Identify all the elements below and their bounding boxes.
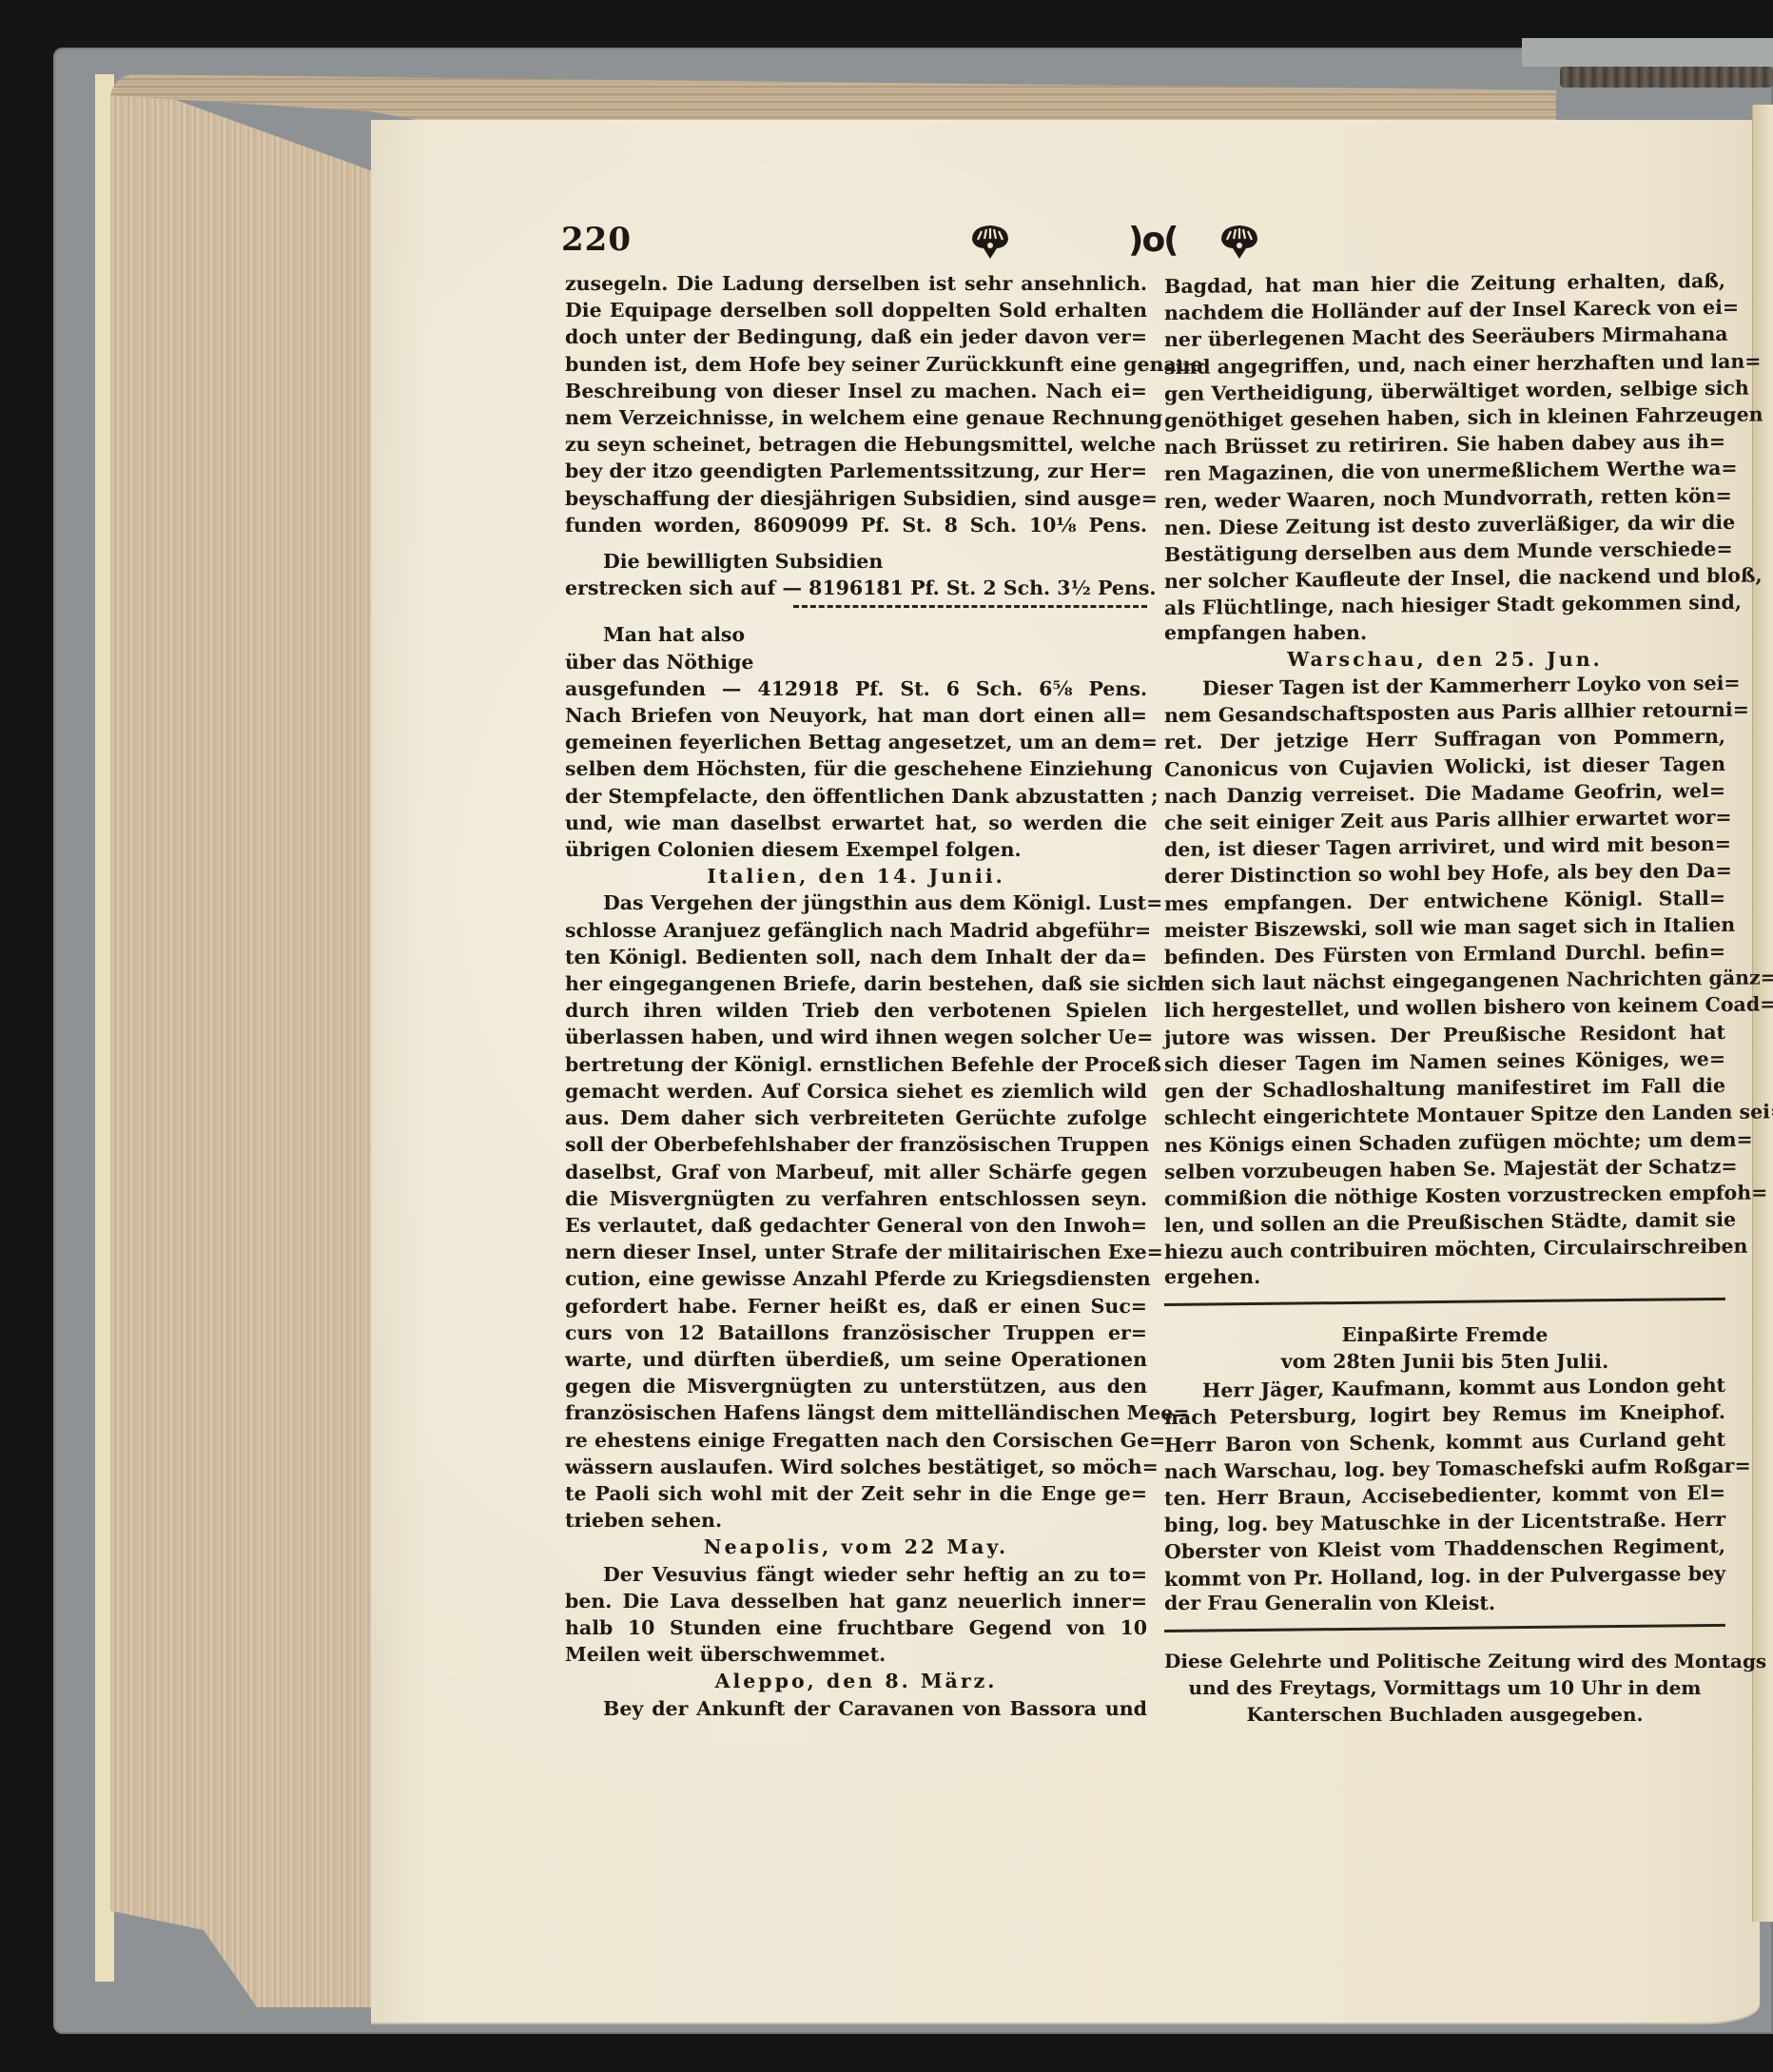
aleppo-article: Aleppo, den 8. März. Bey der Ankunft der… — [565, 1668, 1147, 1721]
text-line: übrigen Colonien diesem Exempel folgen. — [565, 836, 1147, 863]
warschau-article: Warschau, den 25. Jun. Dieser Tagen ist … — [1164, 646, 1725, 1290]
text-line: empfangen haben. — [1164, 619, 1725, 646]
text-line: französischen Hafens längst dem mittellä… — [565, 1399, 1147, 1426]
text-line: wässern auslaufen. Wird solches bestätig… — [565, 1454, 1147, 1480]
text-line: zusegeln. Die Ladung derselben ist sehr … — [565, 270, 1147, 297]
text-line: curs von 12 Bataillons französischer Tru… — [565, 1319, 1147, 1346]
colophon-line: Diese Gelehrte und Politische Zeitung wi… — [1164, 1648, 1725, 1674]
ledger-surplus-line: Man hat also — [565, 621, 1147, 648]
right-page-top-edge — [1560, 67, 1773, 88]
ledger-surplus-total: ausgefunden — 412918 Pf. St. 6 Sch. 6⅝ P… — [565, 675, 1147, 702]
text-line: der Stempfelacte, den öffentlichen Dank … — [565, 783, 1147, 810]
text-line: Der Vesuvius fängt wieder sehr heftig an… — [565, 1561, 1147, 1588]
text-line: gefordert habe. Ferner heißt es, daß er … — [565, 1293, 1147, 1319]
neapolis-article: Neapolis, vom 22 May. Der Vesuvius fängt… — [565, 1534, 1147, 1668]
text-line: trieben sehen. — [565, 1507, 1147, 1534]
text-line: te Paoli sich wohl mit der Zeit sehr in … — [565, 1480, 1147, 1507]
aleppo-article-continued: Bagdad, hat man hier die Zeitung erhalte… — [1164, 270, 1725, 646]
colophon-line: Kanterschen Buchladen ausgegeben. — [1164, 1701, 1725, 1728]
text-line: nern dieser Insel, unter Strafe der mili… — [565, 1239, 1147, 1265]
text-line: soll der Oberbefehlshaber der französisc… — [565, 1131, 1147, 1158]
text-line: schlosse Aranjuez gefänglich nach Madrid… — [565, 917, 1147, 944]
left-column: zusegeln. Die Ladung derselben ist sehr … — [565, 270, 1147, 1722]
text-line: aus. Dem daher sich verbreiteten Gerücht… — [565, 1104, 1147, 1131]
dateline-heading: Italien, den 14. Junii. — [565, 863, 1147, 889]
text-line: Meilen weit überschwemmet. — [565, 1641, 1147, 1668]
ledger-surplus-line: über das Nöthige — [565, 649, 1147, 675]
page-number: 220 — [561, 221, 632, 259]
text-line: ten Königl. Bedienten soll, nach dem Inh… — [565, 944, 1147, 970]
text-line: die Misvergnügten zu verfahren entschlos… — [565, 1185, 1147, 1212]
arrivals-date-range: vom 28ten Junii bis 5ten Julii. — [1164, 1348, 1725, 1375]
ledger-label: Die bewilligten Subsidien — [565, 548, 1147, 575]
text-line: Bey der Ankunft der Caravanen von Bassor… — [565, 1695, 1147, 1722]
text-line: selben dem Höchsten, für die geschehene … — [565, 755, 1147, 782]
book-scan-scene: 220 )o( zusegeln. Die Ladung derselben i… — [0, 0, 1773, 2072]
england-article: zusegeln. Die Ladung derselben ist sehr … — [565, 270, 1147, 538]
subsidy-ledger: Die bewilligten Subsidien erstrecken sic… — [565, 548, 1147, 702]
text-line: gegen die Misvergnügten zu unterstützen,… — [565, 1373, 1147, 1399]
text-line: warte, und dürften überdieß, um seine Op… — [565, 1346, 1147, 1373]
text-line: beyschaffung der diesjährigen Subsidien,… — [565, 485, 1147, 512]
text-line: Die Equipage derselben soll doppelten So… — [565, 297, 1147, 323]
text-line: Es verlautet, daß gedachter General von … — [565, 1212, 1147, 1239]
text-line: cution, eine gewisse Anzahl Pferde zu Kr… — [565, 1265, 1147, 1292]
text-line: als Flüchtlinge, nach hiesiger Stadt gek… — [1164, 589, 1725, 621]
text-line: gemacht werden. Auf Corsica siehet es zi… — [565, 1078, 1147, 1104]
dateline-heading: Warschau, den 25. Jun. — [1164, 646, 1725, 673]
arrivals-list: Einpaßirte Fremde vom 28ten Junii bis 5t… — [1164, 1321, 1725, 1616]
text-line: Das Vergehen der jüngsthin aus dem König… — [565, 889, 1147, 916]
text-line: ergehen. — [1164, 1263, 1725, 1290]
shell-ornament-icon — [1218, 223, 1261, 261]
text-line: bunden ist, dem Hofe bey seiner Zurückku… — [565, 351, 1147, 378]
text-line: durch ihren wilden Trieb den verbotenen … — [565, 997, 1147, 1024]
ledger-sum: erstrecken sich auf — 8196181 Pf. St. 2 … — [565, 575, 1147, 601]
center-ornament: )o( — [1128, 221, 1178, 260]
dateline-heading: Neapolis, vom 22 May. — [565, 1534, 1147, 1560]
text-line: re ehestens einige Fregatten nach den Co… — [565, 1427, 1147, 1454]
section-divider — [1164, 1298, 1725, 1306]
italien-article: Italien, den 14. Junii. Das Vergehen der… — [565, 863, 1147, 1534]
section-divider — [1164, 1624, 1725, 1632]
text-line: und, wie man daselbst erwartet hat, so w… — [565, 810, 1147, 836]
text-line: her eingegangenen Briefe, darin bestehen… — [565, 970, 1147, 997]
text-line: zu seyn scheinet, betragen die Hebungsmi… — [565, 431, 1147, 458]
colophon: Diese Gelehrte und Politische Zeitung wi… — [1164, 1648, 1725, 1728]
text-line: ben. Die Lava desselben hat ganz neuerli… — [565, 1588, 1147, 1614]
page-edge-stack — [110, 76, 377, 2007]
text-line: funden worden, 8609099 Pf. St. 8 Sch. 10… — [565, 512, 1147, 538]
shell-ornament-icon — [968, 223, 1012, 261]
text-line: gemeinen feyerlichen Bettag angesetzet, … — [565, 729, 1147, 755]
text-line: kommt von Pr. Holland, log. in der Pulve… — [1164, 1559, 1725, 1592]
text-line: überlassen haben, und wird ihnen wegen s… — [565, 1024, 1147, 1050]
ledger-rule — [793, 605, 1147, 608]
text-line: daselbst, Graf von Marbeuf, mit aller Sc… — [565, 1159, 1147, 1185]
text-line: Nach Briefen von Neuyork, hat man dort e… — [565, 702, 1147, 729]
running-head: 220 )o( — [561, 221, 1731, 268]
arrivals-heading: Einpaßirte Fremde — [1164, 1321, 1725, 1348]
text-line: der Frau Generalin von Kleist. — [1164, 1590, 1725, 1616]
text-line: bey der itzo geendigten Parlementssitzun… — [565, 458, 1147, 484]
text-line: doch unter der Bedingung, daß ein jeder … — [565, 323, 1147, 350]
text-line: nem Verzeichnisse, in welchem eine genau… — [565, 404, 1147, 431]
text-line: bertretung der Königl. ernstlichen Befeh… — [565, 1051, 1147, 1078]
colophon-line: und des Freytags, Vormittags um 10 Uhr i… — [1164, 1674, 1725, 1701]
newyork-article: Nach Briefen von Neuyork, hat man dort e… — [565, 702, 1147, 863]
text-line: hiezu auch contribuiren möchten, Circula… — [1164, 1233, 1725, 1265]
dateline-heading: Aleppo, den 8. März. — [565, 1668, 1147, 1694]
binding-top-edge — [1522, 38, 1773, 67]
text-line: halb 10 Stunden eine fruchtbare Gegend v… — [565, 1614, 1147, 1641]
right-column: Bagdad, hat man hier die Zeitung erhalte… — [1164, 270, 1725, 1728]
text-line: Beschreibung von dieser Insel zu machen.… — [565, 378, 1147, 404]
